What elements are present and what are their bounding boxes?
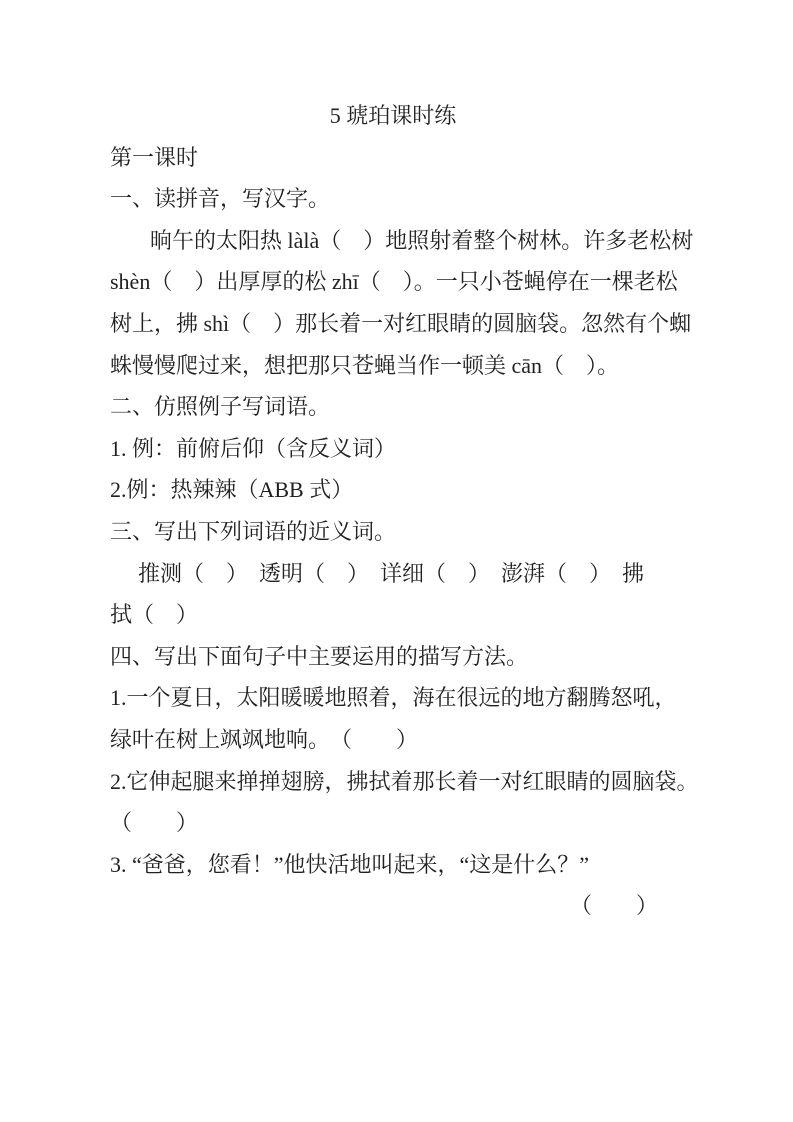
section-3-words-line-2: 拭（ ）	[110, 594, 676, 636]
section-4-item-3-answer-blank: （ ）	[110, 885, 676, 927]
worksheet-content: 5 琥珀课时练 第一课时 一、读拼音，写汉字。 晌午的太阳热 làlà（ ）地照…	[110, 95, 676, 927]
worksheet-page: 5 琥珀课时练 第一课时 一、读拼音，写汉字。 晌午的太阳热 làlà（ ）地照…	[0, 0, 793, 1122]
section-1-paragraph-line-3: 树上，拂 shì（ ）那长着一对红眼睛的圆脑袋。忽然有个蜘	[110, 303, 676, 345]
section-1-heading: 一、读拼音，写汉字。	[110, 178, 676, 220]
section-1-paragraph-line-1: 晌午的太阳热 làlà（ ）地照射着整个树林。许多老松树	[110, 220, 676, 262]
section-1-paragraph-line-4: 蛛慢慢爬过来，想把那只苍蝇当作一顿美 cān（ ）。	[110, 345, 676, 387]
section-3-words-line-1: 推测（ ） 透明（ ） 详细（ ） 澎湃（ ） 拂	[110, 553, 676, 595]
section-3-heading: 三、写出下列词语的近义词。	[110, 511, 676, 553]
section-4-item-3-line-1: 3. “爸爸，您看！”他快活地叫起来，“这是什么？”	[110, 844, 676, 886]
section-2-heading: 二、仿照例子写词语。	[110, 386, 676, 428]
section-4-item-2-line-1: 2.它伸起腿来掸掸翅膀，拂拭着那长着一对红眼睛的圆脑袋。	[110, 761, 676, 803]
session-heading: 第一课时	[110, 137, 676, 179]
section-2-item-2: 2.例：热辣辣（ABB 式）	[110, 469, 676, 511]
section-4-item-1-line-1: 1.一个夏日，太阳暖暖地照着，海在很远的地方翻腾怒吼，	[110, 677, 676, 719]
section-1-paragraph-line-2: shèn（ ）出厚厚的松 zhī（ ）。一只小苍蝇停在一棵老松	[110, 261, 676, 303]
section-4-item-2-answer-blank: （ ）	[110, 802, 676, 844]
worksheet-title: 5 琥珀课时练	[110, 95, 676, 137]
section-4-heading: 四、写出下面句子中主要运用的描写方法。	[110, 636, 676, 678]
section-4-item-1-line-2: 绿叶在树上飒飒地响。 （ ）	[110, 719, 676, 761]
section-2-item-1: 1. 例：前俯后仰（含反义词）	[110, 428, 676, 470]
